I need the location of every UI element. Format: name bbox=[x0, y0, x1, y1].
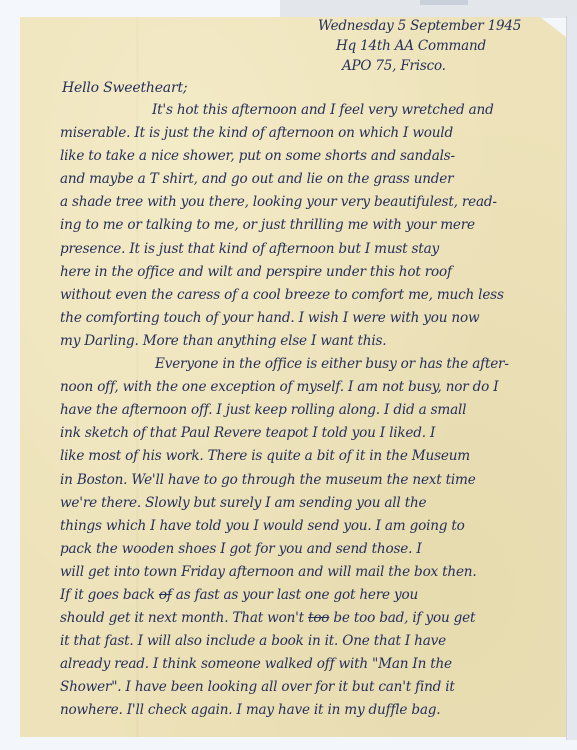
letter-line: the comforting touch of your hand. I wis… bbox=[60, 307, 509, 330]
letter-address: APO 75, Frisco. bbox=[318, 56, 521, 76]
letter-line: Shower". I have been looking all over fo… bbox=[60, 676, 509, 699]
letter-line: pack the wooden shoes I got for you and … bbox=[60, 538, 509, 561]
scanner-edge-strip bbox=[566, 16, 577, 740]
struck-word: of bbox=[159, 587, 172, 603]
letter-line: presence. It is just that kind of aftern… bbox=[60, 238, 509, 261]
letter-line-with-strikeout: should get it next month. That won't too… bbox=[60, 607, 509, 630]
letter-line: things which I have told you I would sen… bbox=[60, 515, 509, 538]
letter-heading: Wednesday 5 September 1945 Hq 14th AA Co… bbox=[318, 16, 521, 76]
letter-line: we're there. Slowly but surely I am send… bbox=[60, 492, 509, 515]
letter-salutation: Hello Sweetheart; bbox=[62, 80, 187, 96]
letter-date: Wednesday 5 September 1945 bbox=[318, 16, 521, 36]
letter-line-with-strikeout: If it goes back of as fast as your last … bbox=[60, 584, 509, 607]
letter-line: miserable. It is just the kind of aftern… bbox=[60, 122, 509, 145]
letter-line: without even the caress of a cool breeze… bbox=[60, 284, 509, 307]
letter-line: It's hot this afternoon and I feel very … bbox=[60, 99, 509, 122]
letter-line: my Darling. More than anything else I wa… bbox=[60, 330, 509, 353]
line-text: should get it next month. That won't bbox=[60, 610, 308, 626]
letter-line: like most of his work. There is quite a … bbox=[60, 445, 509, 468]
letter-line: and maybe a T shirt, and go out and lie … bbox=[60, 168, 509, 191]
scanner-tab bbox=[420, 0, 468, 5]
struck-word: too bbox=[308, 610, 329, 626]
letter-line: noon off, with the one exception of myse… bbox=[60, 376, 509, 399]
letter-line: ink sketch of that Paul Revere teapot I … bbox=[60, 422, 509, 445]
letter-line: ing to me or talking to me, or just thri… bbox=[60, 214, 509, 237]
letter-line: it that fast. I will also include a book… bbox=[60, 630, 509, 653]
letter-unit: Hq 14th AA Command bbox=[318, 36, 521, 56]
letter-line: a shade tree with you there, looking you… bbox=[60, 191, 509, 214]
line-text: as fast as your last one got here you bbox=[172, 587, 418, 603]
letter-line: Everyone in the office is either busy or… bbox=[60, 353, 509, 376]
line-text: If it goes back bbox=[60, 587, 159, 603]
line-text: be too bad, if you get bbox=[329, 610, 475, 626]
letter-body: It's hot this afternoon and I feel very … bbox=[60, 99, 509, 723]
letter-line: have the afternoon off. I just keep roll… bbox=[60, 399, 509, 422]
letter-line: already read. I think someone walked off… bbox=[60, 653, 509, 676]
letter-line: in Boston. We'll have to go through the … bbox=[60, 469, 509, 492]
letter-line: nowhere. I'll check again. I may have it… bbox=[60, 699, 509, 722]
letter-line: will get into town Friday afternoon and … bbox=[60, 561, 509, 584]
letter-line: like to take a nice shower, put on some … bbox=[60, 145, 509, 168]
letter-line: here in the office and wilt and perspire… bbox=[60, 261, 509, 284]
